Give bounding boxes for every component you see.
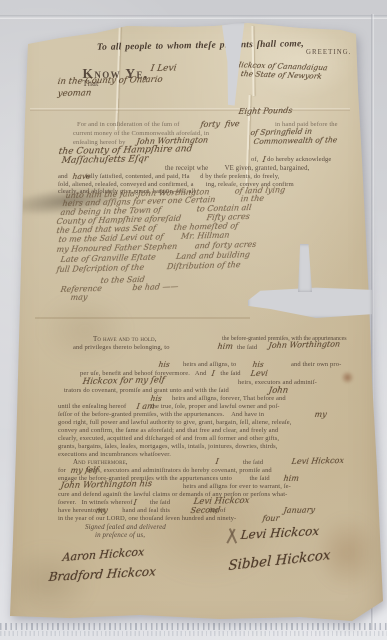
handwritten-insert: John Worthington <box>268 339 341 350</box>
printed-form-line: ſold, aliened, releaſed, conveyed and co… <box>58 181 294 188</box>
handwritten-insert: I am <box>136 402 155 411</box>
printed-form-line: current money of the Commonwealth aforeſ… <box>73 130 209 137</box>
printed-form-line: the before-granted premiſes, with the ap… <box>222 336 347 343</box>
paper-seam-center <box>245 95 250 190</box>
printed-form-line: heirs and aſſigns, forever, That before … <box>172 395 286 402</box>
printed-form-line: cure and defend againſt the lawful claim… <box>58 491 287 498</box>
handwritten-line: heirs and aſſigns for ever one Certain i… <box>62 194 265 208</box>
paper-seam-top <box>251 26 254 96</box>
know-ye-line: Know Ye, That <box>72 63 149 95</box>
fold-crease-upper <box>30 108 350 111</box>
printed-form-line: and privileges thereto belonging, to <box>73 344 170 351</box>
printed-form-line: until the enſealing hereof the true, ſol… <box>58 403 280 410</box>
stain-dark-smudge <box>1 181 133 220</box>
printed-form-line: executions and incumbrances whatſoever. <box>58 451 171 458</box>
handwritten-line: County of Hampſhire aforeſaid Fifty acre… <box>56 212 250 226</box>
printed-form-line: of, do hereby acknowledge <box>251 156 331 163</box>
handwritten-insert: the State of Newyork <box>240 69 323 81</box>
printed-form-line: clearly, and abſolutely give, grant, bar… <box>58 188 195 195</box>
handwritten-insert: my <box>95 506 108 515</box>
greeting-word: GREETING. <box>306 49 352 56</box>
handwritten-insert: yeoman <box>57 88 92 99</box>
handwritten-line: my Honoured Father Stephen and forty acr… <box>56 240 257 254</box>
printed-form-line: ſoever. In witneſs whereof the ſaid <box>58 499 170 506</box>
printed-form-line: good right, full power and lawful author… <box>58 419 292 426</box>
stain-spot-right <box>341 371 354 384</box>
handwritten-insert: his <box>150 394 162 403</box>
handwritten-insert: of Springfield in <box>250 127 313 137</box>
know-ye-that: That <box>82 78 98 88</box>
handwritten-insert: I <box>262 155 266 164</box>
printed-form-line: grants, bargains, ſales, leaſes, mortgag… <box>58 443 278 450</box>
habendum-smallcaps: To have and to hold, <box>93 336 157 343</box>
handwritten-insert: Commonwealth of the <box>253 135 338 146</box>
printed-form-line: convey and confirm, the ſame as aforeſai… <box>58 427 278 434</box>
signature-bradford-hickcox: Bradford Hickcox <box>48 564 157 584</box>
handwritten-insert: John Worthington <box>136 135 209 146</box>
handwritten-insert: the County of Hampſhire and <box>58 144 193 157</box>
printed-form-line: in hand paid before the <box>275 121 338 128</box>
handwritten-insert: Eight Pounds <box>238 106 293 116</box>
attestation-line: in preſence of us, <box>95 532 145 539</box>
salutation-line: To all people to whom theſe preſents ſha… <box>97 41 304 52</box>
printed-form-line: trators do covenant, promiſe and grant u… <box>64 387 229 394</box>
handwritten-insert: my ſelf <box>70 465 99 475</box>
printed-form-line: have hereunto ſet hand and ſeal this day… <box>58 507 226 514</box>
printed-form-line: the ſaid <box>237 344 257 351</box>
handwritten-insert: I Levi <box>150 63 177 74</box>
printed-form-line: in the year of our LORD, one thouſand ſe… <box>58 515 236 522</box>
photo-of-deed: To all people to whom theſe preſents ſha… <box>0 0 387 640</box>
printed-form-line: and fully ſatisfied, contented, and paid… <box>58 173 279 180</box>
printed-form-line: and their own pro- <box>291 361 341 368</box>
handwritten-insert: Hickcox of Canandaigua <box>234 60 328 72</box>
handwritten-insert: Second <box>190 505 221 515</box>
handwritten-insert: I <box>215 457 219 466</box>
handwritten-insert: I <box>133 498 137 507</box>
printed-form-line: the ſaid <box>243 459 263 466</box>
handwritten-insert: four <box>262 514 280 523</box>
handwritten-line: the Land that was Set of the homeſted of <box>56 221 239 235</box>
handwritten-insert: Levi Hickcox <box>291 456 345 466</box>
stain-left-mid <box>40 295 130 365</box>
handwritten-insert: Levi <box>250 369 268 378</box>
handwritten-line: Late of Granville Eſtate Land and buildi… <box>60 250 251 264</box>
handwritten-insert: January <box>283 505 316 515</box>
handwritten-line: to me the Said Levi out of Mr. Hillman <box>58 230 230 244</box>
printed-form-line: enſealing hereof by <box>73 139 125 146</box>
printed-form-line: engage the before-granted premiſes with … <box>58 475 270 482</box>
printed-form-line: heirs and aſſigns, to <box>183 361 236 368</box>
printed-form-line: for heirs, executors and adminiſtrators … <box>58 467 272 474</box>
printed-form-line: per uſe, benefit and behoof forevermore.… <box>80 370 241 377</box>
paper-seam-left <box>115 25 121 130</box>
light-patch-top-right <box>250 28 355 98</box>
handwritten-insert: Hickcox for my ſelf <box>82 375 165 387</box>
handwritten-insert: my <box>314 410 327 419</box>
handwritten-insert: in the County of Ontario <box>57 75 163 87</box>
handwritten-insert: forty five <box>200 119 240 129</box>
deed-document: To all people to whom theſe preſents ſha… <box>0 0 387 640</box>
deed-document-wrap: To all people to whom theſe preſents ſha… <box>0 0 387 640</box>
handwritten-insert: his <box>158 360 170 369</box>
handwritten-insert: him <box>217 342 234 351</box>
attestation-line: Signed ſealed and delivered <box>85 524 166 531</box>
printed-form-line: clearly, executed, acquitted and diſchar… <box>58 435 279 442</box>
fold-crease-middle <box>35 317 250 319</box>
printed-form-line: heirs, executors and adminiſ- <box>238 379 317 386</box>
handwritten-insert: Maſſachuſetts Eſqr <box>61 154 149 166</box>
stain-bottom-left <box>0 545 95 620</box>
handwritten-line: full Deſcription of the Diſtribution of … <box>56 260 241 274</box>
printed-form-line: the receipt whe VE given, granted, barga… <box>165 165 309 172</box>
handwritten-insert: I <box>211 369 215 378</box>
handwritten-insert: John Worthington his <box>60 479 153 491</box>
handwritten-line: and being in the Town of to Contain all <box>60 203 252 217</box>
handwritten-line: may <box>70 293 88 302</box>
printed-form-line: For and in conſideration of the ſum of <box>77 121 180 128</box>
handwritten-insert: him <box>283 474 300 483</box>
handwritten-insert: his <box>252 360 264 369</box>
handwritten-line: unto him the ſaid John Worthington of la… <box>65 185 286 200</box>
stain-bottom-center <box>135 468 280 583</box>
handwritten-line: to the Said <box>100 275 145 285</box>
seal-flourish <box>224 527 240 545</box>
furthermore-smallcaps: And furthermore, <box>73 459 128 466</box>
handwritten-line: Reference be had —— <box>60 282 179 294</box>
printed-form-line: heirs and aſſigns for ever to warrant, ſ… <box>183 483 291 490</box>
handwritten-insert: John <box>268 386 289 396</box>
printed-form-line: ſeſſor of the before-granted premiſes, w… <box>58 411 264 418</box>
handwritten-insert: have <box>72 172 91 181</box>
signature-aaron-hickcox: Aaron Hickcox <box>62 545 145 564</box>
signature-levi-hickcox: Levi Hickcox <box>240 524 320 542</box>
know-ye-smallcaps: Know Ye, <box>82 66 148 81</box>
handwritten-insert: Levi Hickcox <box>193 496 250 507</box>
signature-sibbel-hickcox: Sibbel Hickcox <box>228 547 331 574</box>
stain-bottom-right <box>315 515 380 590</box>
